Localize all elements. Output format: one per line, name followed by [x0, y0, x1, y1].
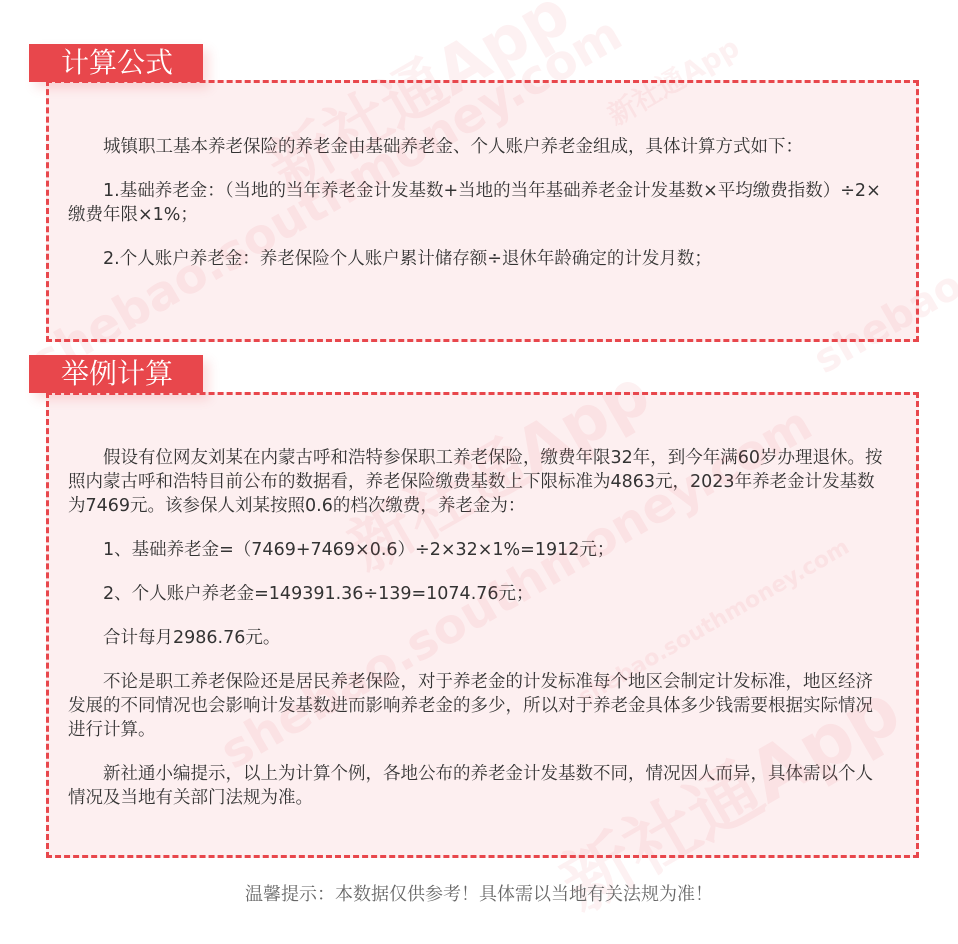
example-scenario: 假设有位网友刘某在内蒙古呼和浩特参保职工养老保险，缴费年限32年，到今年满60岁… — [68, 446, 888, 518]
formula-content: 城镇职工基本养老保险的养老金由基础养老金、个人账户养老金组成，具体计算方式如下：… — [68, 135, 888, 271]
formula-panel: 城镇职工基本养老保险的养老金由基础养老金、个人账户养老金组成，具体计算方式如下：… — [46, 80, 919, 342]
formula-basic-pension: 1.基础养老金：（当地的当年养老金计发基数+当地的当年基础养老金计发基数×平均缴… — [68, 179, 888, 227]
example-total: 合计每月2986.76元。 — [68, 626, 888, 650]
example-editor-tip: 新社通小编提示，以上为计算个例，各地公布的养老金计发基数不同，情况因人而异，具体… — [68, 762, 888, 810]
section-title-formula: 计算公式 — [29, 44, 203, 82]
footer-disclaimer: 温馨提示：本数据仅供参考！具体需以当地有关法规为准！ — [0, 880, 958, 906]
section-title-example: 举例计算 — [29, 355, 203, 393]
formula-intro: 城镇职工基本养老保险的养老金由基础养老金、个人账户养老金组成，具体计算方式如下： — [68, 135, 888, 159]
example-content: 假设有位网友刘某在内蒙古呼和浩特参保职工养老保险，缴费年限32年，到今年满60岁… — [68, 446, 888, 810]
example-personal-account-calc: 2、个人账户养老金=149391.36÷139=1074.76元； — [68, 582, 888, 606]
example-basic-pension-calc: 1、基础养老金=（7469+7469×0.6）÷2×32×1%=1912元； — [68, 538, 888, 562]
example-note-standards: 不论是职工养老保险还是居民养老保险，对于养老金的计发标准每个地区会制定计发标准，… — [68, 670, 888, 742]
example-panel: 假设有位网友刘某在内蒙古呼和浩特参保职工养老保险，缴费年限32年，到今年满60岁… — [46, 392, 919, 858]
formula-personal-account: 2.个人账户养老金：养老保险个人账户累计储存额÷退休年龄确定的计发月数； — [68, 247, 888, 271]
